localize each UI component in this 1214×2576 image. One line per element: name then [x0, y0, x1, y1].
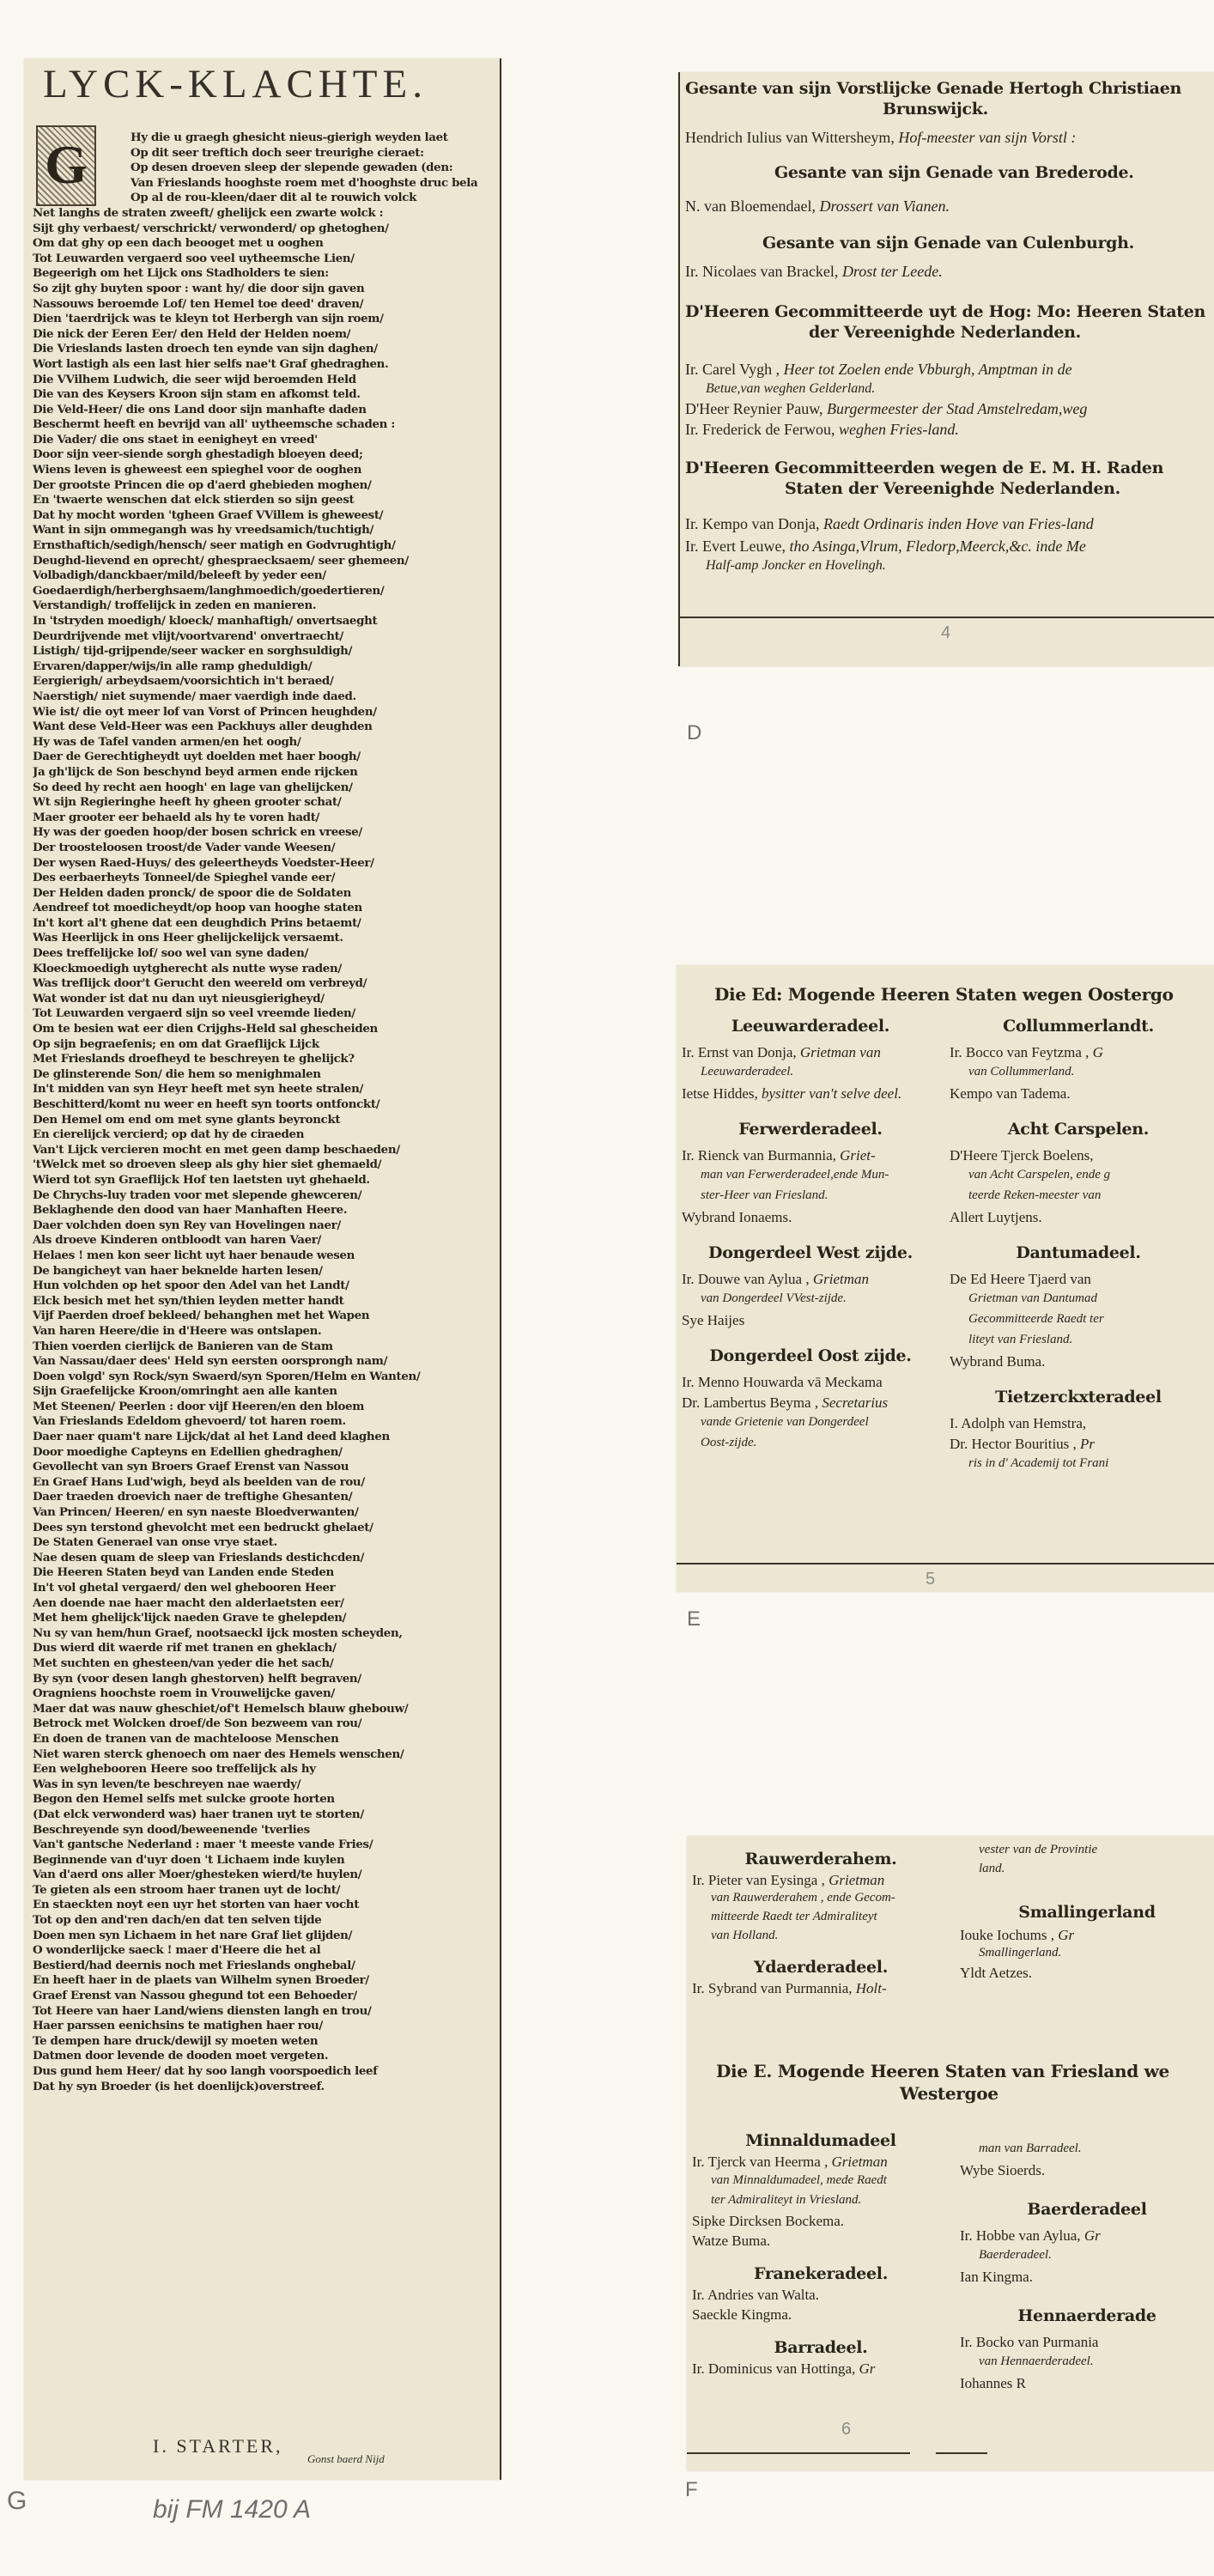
poem-line: Te gieten als een stroom haer tranen uyt… — [33, 1883, 493, 1899]
poem-line: Die Heeren Staten beyd van Landen ende S… — [33, 1565, 493, 1581]
entry: Ir. Carel Vygh , Heer tot Zoelen ende Vb… — [685, 361, 1072, 379]
poem-line: Hun volchden op het spoor den Adel van h… — [33, 1279, 493, 1294]
poem-line: Kloeckmoedigh uytgherecht als nutte wyse… — [33, 962, 493, 977]
entry: van Hennaerderadeel. — [979, 2354, 1094, 2369]
divider-rule — [677, 1563, 1214, 1564]
entry: Kempo van Tadema. — [950, 1085, 1071, 1103]
sheet-e: Die Ed: Mogende Heeren Staten wegen Oost… — [677, 965, 1214, 1592]
section-heading: Gesante van sijn Vorstlijcke Genade Hert… — [685, 79, 1181, 98]
poem-line: Oragniens hoochste roem in Vrouwelijcke … — [33, 1686, 493, 1702]
entry: van Holland. — [711, 1929, 778, 1943]
poem-line: Wat wonder ist dat nu dan uyt nieusgieri… — [33, 992, 493, 1007]
poem-body: Hy die u graegh ghesicht nieus-gierigh w… — [33, 131, 493, 2094]
poem-line: Want in sijn ommegangh was hy vreedsamic… — [33, 523, 493, 538]
district-heading: Baerderadeel — [960, 2200, 1214, 2219]
poem-sheet: LYCK-KLACHTE. G Hy die u graegh ghesicht… — [24, 58, 501, 2480]
section-heading: D'Heeren Gecommitteerde uyt de Hog: Mo: … — [685, 302, 1205, 321]
poem-line: Was treflijck door't Gerucht den weereld… — [33, 976, 493, 992]
section-heading: Gesante van sijn Genade van Brederode. — [774, 163, 1134, 182]
entry: mitteerde Raedt ter Admiraliteyt — [711, 1910, 877, 1924]
poem-line: Van haren Heere/die in d'Heere was ontsl… — [33, 1324, 493, 1340]
entry: Ir. Rienck van Burmannia, Griet- — [682, 1147, 876, 1164]
poem-line: Daer traeden droevich naer de treftighe … — [33, 1490, 493, 1505]
entry: Allert Luytjens. — [950, 1209, 1042, 1226]
poem-line: De bangicheyt van haer beknelde harten l… — [33, 1264, 493, 1279]
poem-line: Die nick der Eeren Eer/ den Held der Hel… — [33, 327, 493, 343]
poem-line: Dees treffelijcke lof/ soo wel van syne … — [33, 946, 493, 962]
poem-line: Der grootste Princen die op d'aerd ghebi… — [33, 478, 493, 494]
poem-line: Wie ist/ die oyt meer lof van Vorst of P… — [33, 705, 493, 720]
poem-line: En 'twaerte wenschen dat elck stierden s… — [33, 493, 493, 508]
poem-line: (Dat elck verwonderd was) haer tranen uy… — [33, 1807, 493, 1823]
poem-line: Nassouws beroemde Lof/ ten Hemel toe dee… — [33, 297, 493, 313]
entry: Dr. Hector Bouritius , Pr — [950, 1436, 1095, 1453]
poem-line: Wierd tot syn Graeflijck Hof ten laetste… — [33, 1173, 493, 1188]
poem-line: Graef Erenst van Nassou ghegund tot een … — [33, 1989, 493, 2004]
section-heading: Die E. Mogende Heeren Staten van Friesla… — [716, 2061, 1169, 2081]
poem-line: Begon den Hemel selfs met sulcke groote … — [33, 1792, 493, 1807]
poem-line: En heeft haer in de plaets van Wilhelm s… — [33, 1973, 493, 1989]
poem-line: Datmen door levende de dooden moet verge… — [33, 2049, 493, 2064]
district-heading: Franekeradeel. — [692, 2264, 950, 2283]
poem-line: Der wysen Raed-Huys/ des geleertheyds Vo… — [33, 856, 493, 872]
poem-line: Beschitterd/komt nu weer en heeft syn to… — [33, 1097, 493, 1113]
poem-motto: Gonst baerd Nijd — [307, 2452, 385, 2466]
district-heading: Rauwerderahem. — [692, 1850, 950, 1868]
district-heading: Collummerlandt. — [950, 1017, 1207, 1036]
poem-line: Beklaghende den dood van haer Manhaften … — [33, 1203, 493, 1218]
poem-line: Doen men syn Lichaem in het nare Graf li… — [33, 1929, 493, 1944]
entry: liteyt van Friesland. — [968, 1333, 1072, 1347]
entry: Betue,van weghen Gelderland. — [706, 381, 875, 397]
entry: Ietse Hiddes, bysitter van't selve deel. — [682, 1085, 901, 1103]
poem-line: Daer de Gerechtigheydt uyt doelden met h… — [33, 750, 493, 765]
entry: N. van Bloemendael, Drossert van Vianen. — [685, 197, 950, 216]
poem-line: De Staten Generael van onse vrye staet. — [33, 1535, 493, 1551]
poem-line: Sijn Graefelijcke Kroon/omringht aen all… — [33, 1384, 493, 1400]
entry: Sipke Dircksen Bockema. — [692, 2213, 844, 2230]
poem-line: Tot Leuwarden vergaerd sijn so veel vree… — [33, 1006, 493, 1022]
poem-line: De glinsterende Son/ die hem so menighma… — [33, 1067, 493, 1083]
entry: Ir. Andries van Walta. — [692, 2287, 819, 2304]
poem-line: Nae desen quam de sleep van Frieslands d… — [33, 1551, 493, 1566]
poem-line: Door moedighe Capteyns en Edellien ghedr… — [33, 1445, 493, 1461]
poem-line: Van Frieslands Edeldom ghevoerd/ tot har… — [33, 1414, 493, 1430]
section-heading: D'Heeren Gecommitteerden wegen de E. M. … — [685, 459, 1163, 477]
district-heading: Barradeel. — [692, 2338, 950, 2357]
poem-line: Dus wierd dit waerde rif met tranen en g… — [33, 1641, 493, 1656]
poem-line: Die Vader/ die ons staet in eenigheyt en… — [33, 433, 493, 448]
district-heading: Hennaerderade — [960, 2306, 1214, 2325]
divider-rule — [680, 617, 1214, 618]
poem-line: Van't Lijck vercieren mocht en met geen … — [33, 1143, 493, 1158]
poem-line: Deughd-lievend en oprecht/ ghespraecksae… — [33, 554, 493, 569]
poem-line: Hy was der goeden hoop/der bosen schrick… — [33, 825, 493, 841]
entry: Ir. Pieter van Eysinga , Grietman — [692, 1872, 884, 1889]
poem-line: Net langhs de straten zweeft/ ghelijck e… — [33, 206, 493, 222]
entry: van Dongerdeel VVest-zijde. — [701, 1291, 847, 1306]
poem-line: Met hem ghelijck'lijck naeden Grave te g… — [33, 1611, 493, 1626]
entry: Oost-zijde. — [701, 1436, 756, 1450]
poem-line: Aendreef tot moedicheydt/op hoop van hoo… — [33, 901, 493, 916]
poem-line: Om te besien wat eer dien Crijghs-Held s… — [33, 1022, 493, 1037]
poem-line: Haer parssen eenichsins te matighen haer… — [33, 2019, 493, 2034]
poem-line: Dees syn terstond ghevolcht met een bedr… — [33, 1521, 493, 1536]
margin-label-e: E — [687, 1607, 701, 1631]
poem-line: Nu sy van hem/hun Graef, nootsaeckl ijck… — [33, 1626, 493, 1642]
district-heading: Ferwerderadeel. — [682, 1120, 939, 1139]
poem-line: Dien 'taerdrijck was te kleyn tot Herber… — [33, 312, 493, 327]
entry: I. Adolph van Hemstra, — [950, 1415, 1086, 1432]
section-heading: Die Ed: Mogende Heeren Staten wegen Oost… — [714, 984, 1174, 1005]
poem-line: Die VVilhem Ludwich, die seer wijd beroe… — [33, 373, 493, 388]
poem-line: Die Vrieslands lasten droech ten eynde v… — [33, 342, 493, 357]
entry: Ir. Bocco van Feytzma , G — [950, 1044, 1103, 1061]
entry: De Ed Heere Tjaerd van — [950, 1271, 1091, 1288]
entry: Ian Kingma. — [960, 2269, 1033, 2286]
entry: Watze Buma. — [692, 2233, 770, 2250]
poem-line: En cierelijck vercierd; op dat hy de cir… — [33, 1127, 493, 1143]
divider-rule — [687, 2452, 910, 2454]
margin-label-d: D — [687, 721, 701, 745]
poem-line: Ervaren/dapper/wijs/in alle ramp gheduld… — [33, 659, 493, 675]
poem-line: Beschermt heeft en bevrijd van all' uyth… — [33, 417, 493, 433]
district-heading: Ydaerderadeel. — [692, 1958, 950, 1977]
poem-line: Tot Leuwarden vergaerd soo veel uytheems… — [33, 252, 493, 267]
poem-line: Tot Heere van haer Land/wiens diensten l… — [33, 2004, 493, 2020]
entry: Ir. Sybrand van Purmannia, Holt- — [692, 1980, 887, 1997]
entry: van Rauwerderahem , ende Gecom- — [711, 1891, 895, 1905]
poem-line: En doen de tranen van de machteloose Men… — [33, 1732, 493, 1747]
poem-line: Maer dat was nauw gheschiet/of't Hemelsc… — [33, 1702, 493, 1717]
poem-line: Begeerigh om het Lijck ons Stadholders t… — [33, 266, 493, 282]
entry: D'Heere Tjerck Boelens, — [950, 1147, 1094, 1164]
poem-line: In't midden van syn Heyr heeft met syn h… — [33, 1082, 493, 1097]
poem-line: Daer volchden doen syn Rey van Hovelinge… — [33, 1218, 493, 1234]
entry: Gecommitteerde Raedt ter — [968, 1312, 1104, 1327]
entry: Ir. Nicolaes van Brackel, Drost ter Leed… — [685, 263, 943, 281]
poem-line: Gevollecht van syn Broers Graef Erenst v… — [33, 1460, 493, 1475]
poem-line: In't kort al't ghene dat een deughdich P… — [33, 916, 493, 932]
poem-line: Van Nassau/daer dees' Held syn eersten o… — [33, 1354, 493, 1370]
poem-line: Thien voerden cierlijck de Banieren van … — [33, 1340, 493, 1355]
poem-line: Om dat ghy op een dach beooget met u oog… — [33, 236, 493, 252]
poem-title: LYCK-KLACHTE. — [43, 58, 472, 110]
entry: vester van de Provintie — [979, 1843, 1097, 1857]
poem-line: Op desen droeven sleep der slepende gewa… — [33, 161, 493, 176]
poem-signature: I. STARTER, — [153, 2435, 283, 2458]
poem-line: Sijt ghy verbaest/ verschrickt/ verwonde… — [33, 222, 493, 237]
entry: Iouke Iochums , Gr — [960, 1927, 1074, 1944]
entry: Grietman van Dantumad — [968, 1291, 1097, 1306]
poem-line: Dat hy mocht worden 'tgheen Graef VVille… — [33, 508, 493, 524]
poem-line: Dus gund hem Heer/ dat hy soo langh voor… — [33, 2064, 493, 2080]
poem-line: Naerstigh/ niet suymende/ maer vaerdigh … — [33, 690, 493, 705]
poem-line: Was Heerlijck in ons Heer ghelijckelijck… — [33, 931, 493, 946]
catalogue-note: bij FM 1420 A — [153, 2495, 311, 2524]
entry: Wybe Sioerds. — [960, 2162, 1045, 2179]
entry: Ir. Frederick de Ferwou, weghen Fries-la… — [685, 421, 959, 439]
entry: man van Ferwerderadeel,ende Mun- — [701, 1168, 889, 1182]
entry: van Minnaldumadeel, mede Raedt — [711, 2173, 887, 2188]
entry: Dr. Lambertus Beyma , Secretarius — [682, 1394, 888, 1412]
poem-line: Met Steenen/ Peerlen : door vijf Heeren/… — [33, 1400, 493, 1415]
poem-line: Hy die u graegh ghesicht nieus-gierigh w… — [33, 131, 493, 146]
entry: vande Grietenie van Dongerdeel — [701, 1415, 869, 1430]
poem-line: Betrock met Wolcken droef/de Son bezweem… — [33, 1716, 493, 1732]
entry: ter Admiraliteyt in Vriesland. — [711, 2193, 861, 2208]
poem-line: Beginnende van d'uyr doen 't Lichaem ind… — [33, 1853, 493, 1868]
entry: D'Heer Reynier Pauw, Burgermeester der S… — [685, 400, 1087, 418]
poem-line: Was in syn leven/te beschreyen nae waerd… — [33, 1777, 493, 1793]
poem-line: De Chrychs-luy traden voor met slepende … — [33, 1188, 493, 1204]
poem-line: Wort lastigh als een last hier selfs nae… — [33, 357, 493, 373]
entry: Ir. Kempo van Donja, Raedt Ordinaris ind… — [685, 515, 1094, 533]
poem-line: Van Princen/ Heeren/ en syn naeste Bloed… — [33, 1505, 493, 1521]
entry: ris in d' Academij tot Frani — [968, 1456, 1108, 1471]
sheet-f: Rauwerderahem.Ir. Pieter van Eysinga , G… — [687, 1836, 1214, 2471]
poem-line: Ja gh'lijck de Son beschynd beyd armen e… — [33, 765, 493, 781]
poem-line: Eergierigh/ arbeydsaem/voorsichtich in't… — [33, 674, 493, 690]
entry: Ir. Dominicus van Hottinga, Gr — [692, 2360, 875, 2378]
poem-line: Beschreyende syn dood/beweenende 'tverli… — [33, 1823, 493, 1838]
entry: Ir. Menno Houwarda vā Meckama — [682, 1374, 883, 1391]
entry: Ir. Tjerck van Heerma , Grietman — [692, 2154, 888, 2171]
poem-line: Niet waren sterck ghenoech om naer des H… — [33, 1747, 493, 1763]
entry: Ir. Douwe van Aylua , Grietman — [682, 1271, 869, 1288]
poem-line: Elck besich met het syn/thien leyden met… — [33, 1294, 493, 1309]
entry: Yldt Aetzes. — [960, 1965, 1032, 1982]
entry: teerde Reken-meester van — [968, 1188, 1101, 1203]
poem-line: Hy was de Tafel vanden armen/en het oogh… — [33, 735, 493, 750]
poem-line: Verstandigh/ troffelijck in zeden en man… — [33, 598, 493, 614]
entry: Wybrand Ionaems. — [682, 1209, 792, 1226]
poem-line: Van Frieslands hooghste roem met d'hoogh… — [33, 176, 493, 191]
poem-line: Als droeve Kinderen ontbloodt van haren … — [33, 1233, 493, 1249]
poem-line: In't vol ghetal vergaerd/ den wel gheboo… — [33, 1581, 493, 1596]
page-number: 6 — [841, 2420, 851, 2439]
entry: Smallingerland. — [979, 1946, 1061, 1960]
poem-line: Bestierd/had deernis noch met Frieslands… — [33, 1959, 493, 1974]
margin-label-g: G — [7, 2487, 27, 2516]
poem-line: Op dit seer treftich doch seer treurighe… — [33, 146, 493, 161]
entry: van Acht Carspelen, ende g — [968, 1168, 1110, 1182]
poem-line: Wiens leven is gheweest een spieghel voo… — [33, 463, 493, 478]
poem-line: O wonderlijcke saeck ! maer d'Heere die … — [33, 1943, 493, 1959]
district-heading: Tietzerckxteradeel — [950, 1388, 1207, 1406]
poem-line: So deed hy recht aen hoogh' en lage van … — [33, 781, 493, 796]
entry: Hendrich Iulius van Wittersheym, Hof-mee… — [685, 129, 1076, 147]
poem-line: Van d'aerd ons aller Moer/ghesteken wier… — [33, 1868, 493, 1883]
district-heading: Minnaldumadeel — [692, 2131, 950, 2150]
poem-line: So zijt ghy buyten spoor : want hy/ die … — [33, 282, 493, 297]
poem-line: En Graef Hans Lud'wigh, beyd als beelden… — [33, 1475, 493, 1491]
poem-line: Des eerbaerheyts Tonneel/de Spieghel van… — [33, 871, 493, 886]
poem-line: Dat hy syn Broeder (is het doenlijck)ove… — [33, 2080, 493, 2095]
poem-line: Op al de rou-kleen/daer dit al te rouwic… — [33, 191, 493, 206]
divider-rule — [936, 2452, 987, 2454]
poem-line: Door sijn veer-siende sorgh ghestadigh b… — [33, 447, 493, 463]
entry: Saeckle Kingma. — [692, 2306, 792, 2324]
poem-line: Listigh/ tijd-grijpende/seer wacker en s… — [33, 644, 493, 659]
poem-line: Den Hemel om end om met syne glants beyr… — [33, 1113, 493, 1128]
entry: Ir. Ernst van Donja, Grietman van — [682, 1044, 881, 1061]
poem-line: Ernsthaftich/sedigh/hensch/ seer matigh … — [33, 538, 493, 554]
entry: van Collummerland. — [968, 1065, 1074, 1079]
margin-label-f: F — [685, 2478, 698, 2502]
poem-line: Goedaerdigh/herberghsaem/langhmoedich/go… — [33, 584, 493, 599]
poem-line: Tot op den and'ren dach/en dat ten selve… — [33, 1913, 493, 1929]
poem-line: Op sijn begraefenis; en om dat Graeflijc… — [33, 1037, 493, 1053]
entry: Baerderadeel. — [979, 2248, 1052, 2263]
poem-line: Wt sijn Regieringhe heeft hy gheen groot… — [33, 795, 493, 811]
entry: Half-amp Joncker en Hovelingh. — [706, 558, 886, 574]
poem-line: Helaes ! men kon seer licht uyt haer ben… — [33, 1249, 493, 1264]
district-heading: Smallingerland — [960, 1903, 1214, 1922]
poem-line: By syn (voor desen langh ghestorven) hel… — [33, 1672, 493, 1687]
poem-line: Met Frieslands droefheyd te beschreyen t… — [33, 1052, 493, 1067]
poem-line: Maer grooter eer behaeld als hy te voren… — [33, 811, 493, 826]
entry: Leeuwarderadeel. — [701, 1065, 793, 1079]
section-heading: der Vereenighde Nederlanden. — [809, 323, 1081, 342]
district-heading: Dongerdeel Oost zijde. — [682, 1346, 939, 1365]
entry: Ir. Bocko van Purmania — [960, 2334, 1098, 2351]
poem-line: Die van des Keysers Kroon sijn stam en a… — [33, 387, 493, 403]
entry: Iohannes R — [960, 2375, 1026, 2392]
poem-line: Der Helden daden pronck/ de spoor die de… — [33, 886, 493, 902]
poem-line: Want dese Veld-Heer was een Packhuys all… — [33, 720, 493, 735]
entry: land. — [979, 1862, 1005, 1876]
district-heading: Acht Carspelen. — [950, 1120, 1207, 1139]
poem-line: 'tWelck met so droeven sleep als ghy hie… — [33, 1157, 493, 1173]
poem-line: Deurdrijvende met vlijt/voortvarend' onv… — [33, 629, 493, 645]
poem-line: Aen doende nae haer macht den alderlaets… — [33, 1596, 493, 1612]
entry: Sye Haijes — [682, 1312, 744, 1329]
page-number: 4 — [941, 623, 950, 643]
poem-line: Der troosteloosen troost/de Vader vande … — [33, 841, 493, 856]
entry: Wybrand Buma. — [950, 1353, 1045, 1370]
section-heading: Staten der Vereenighde Nederlanden. — [785, 479, 1120, 498]
poem-line: En staeckten noyt een uyr het storten va… — [33, 1898, 493, 1913]
poem-line: Doen volgd' syn Rock/syn Swaerd/syn Spor… — [33, 1370, 493, 1385]
poem-line: Te dempen hare druck/dewijl sy moeten we… — [33, 2034, 493, 2050]
entry: ster-Heer van Friesland. — [701, 1188, 828, 1203]
poem-line: In 'tstryden moedigh/ kloeck/ manhaftigh… — [33, 614, 493, 629]
entry: man van Barradeel. — [979, 2142, 1082, 2156]
poem-line: Van't gantsche Nederland : maer 't meest… — [33, 1838, 493, 1853]
section-heading: Westergoe — [900, 2083, 999, 2104]
entry: Ir. Evert Leuwe, tho Asinga,Vlrum, Fledo… — [685, 538, 1086, 556]
district-heading: Leeuwarderadeel. — [682, 1017, 939, 1036]
section-heading: Gesante van sijn Genade van Culenburgh. — [762, 234, 1134, 252]
district-heading: Dantumadeel. — [950, 1243, 1207, 1262]
sheet-d: Gesante van sijn Vorstlijcke Genade Hert… — [678, 72, 1214, 666]
poem-line: Daer naer quam't nare Lijck/dat al het L… — [33, 1430, 493, 1445]
poem-line: Vijf Paerden droef bekleed/ behanghen me… — [33, 1309, 493, 1324]
poem-line: Die Veld-Heer/ die ons Land door sijn ma… — [33, 403, 493, 418]
section-heading: Brunswijck. — [883, 100, 988, 118]
poem-line: Een welghebooren Heere soo treffelijck a… — [33, 1762, 493, 1777]
poem-line: Met suchten en ghesteen/van yeder die he… — [33, 1656, 493, 1672]
district-heading: Dongerdeel West zijde. — [682, 1243, 939, 1262]
poem-line: Volbadigh/danckbaer/mild/beleeft by yede… — [33, 568, 493, 584]
entry: Ir. Hobbe van Aylua, Gr — [960, 2227, 1101, 2245]
page-number: 5 — [926, 1570, 935, 1589]
